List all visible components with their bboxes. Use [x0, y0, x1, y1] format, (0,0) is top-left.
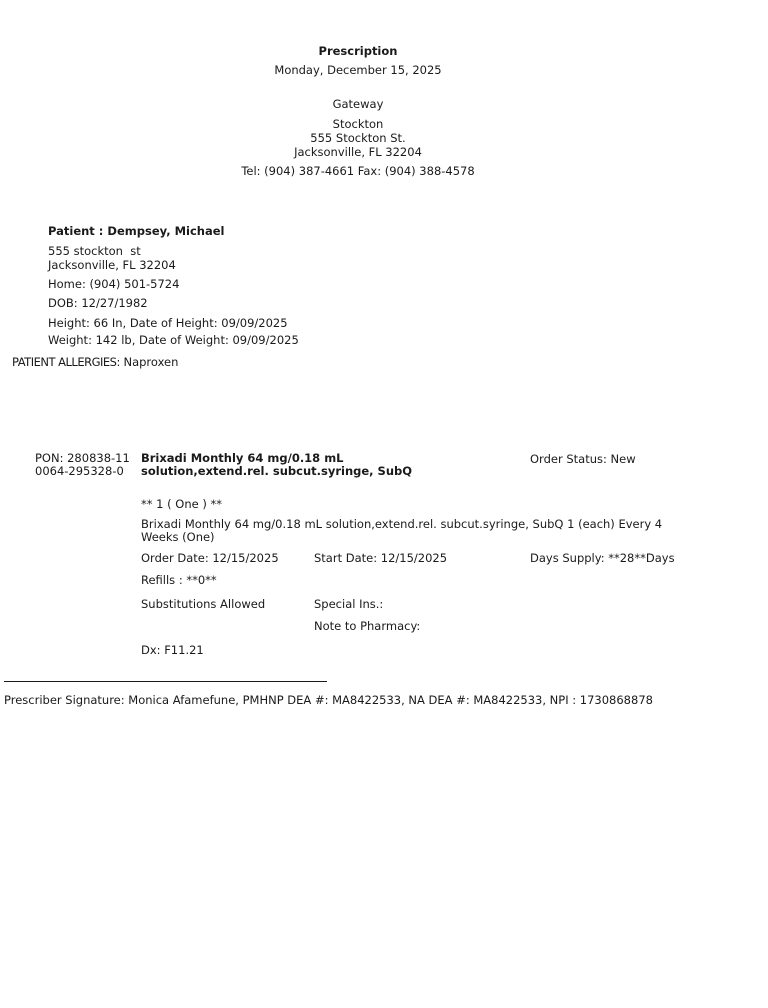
patient-address-line1: 555 stockton st [48, 244, 141, 258]
patient-dob: DOB: 12/27/1982 [48, 296, 148, 310]
dispense-quantity: ** 1 ( One ) ** [141, 497, 222, 511]
patient-address-line2: Jacksonville, FL 32204 [48, 258, 176, 272]
refills: Refills : **0** [141, 573, 217, 587]
substitutions: Substitutions Allowed [141, 597, 265, 611]
diagnosis-code: Dx: F11.21 [141, 643, 204, 657]
pharmacy-group: Gateway [0, 97, 716, 111]
patient-home-phone: Home: (904) 501-5724 [48, 277, 179, 291]
drug-name: Brixadi Monthly 64 mg/0.18 mL solution,e… [141, 452, 441, 478]
organization-name: Stockton [0, 117, 716, 131]
note-to-pharmacy: Note to Pharmacy: [314, 619, 420, 633]
organization-phone-fax: Tel: (904) 387-4661 Fax: (904) 388-4578 [0, 164, 716, 178]
organization-street: 555 Stockton St. [0, 131, 716, 145]
sig-directions: Brixadi Monthly 64 mg/0.18 mL solution,e… [141, 518, 701, 544]
special-instructions: Special Ins.: [314, 597, 383, 611]
patient-allergies: PATIENT ALLERGIES: Naproxen [12, 355, 178, 369]
days-supply: Days Supply: **28**Days [530, 551, 675, 565]
start-date: Start Date: 12/15/2025 [314, 551, 447, 565]
allergies-label: PATIENT ALLERGIES: [12, 355, 120, 369]
prescription-order-number: PON: 280838-110064-295328-0 [35, 452, 135, 478]
patient-weight: Weight: 142 lb, Date of Weight: 09/09/20… [48, 333, 299, 347]
document-date: Monday, December 15, 2025 [0, 63, 716, 77]
patient-name: Patient : Dempsey, Michael [48, 224, 224, 238]
signature-line-divider [4, 681, 327, 682]
prescriber-signature: Prescriber Signature: Monica Afamefune, … [4, 693, 653, 707]
patient-height: Height: 66 In, Date of Height: 09/09/202… [48, 316, 288, 330]
order-date: Order Date: 12/15/2025 [141, 551, 279, 565]
allergies-value: Naproxen [123, 355, 178, 369]
document-title: Prescription [0, 44, 716, 58]
order-status: Order Status: New [530, 452, 636, 466]
organization-city: Jacksonville, FL 32204 [0, 145, 716, 159]
